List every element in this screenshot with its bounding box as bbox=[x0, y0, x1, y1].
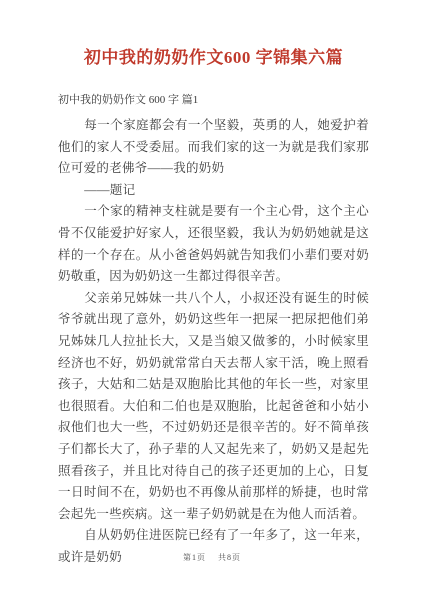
epigraph-line: ——题记 bbox=[58, 180, 369, 202]
page-number-label: 第1页 bbox=[183, 553, 206, 562]
document-body: 每一个家庭都会有一个坚毅，英勇的人，她爱护着他们的家人不受委屈。而我们家的这一为… bbox=[58, 115, 369, 568]
essay-paragraph: 父亲弟兄姊妹一共八个人，小叔还没有诞生的时候爷爷就出现了意外，奶奶这些年一把屎一… bbox=[58, 288, 369, 526]
page-footer: 第1页 共8页 bbox=[0, 552, 424, 563]
essay-paragraph: 每一个家庭都会有一个坚毅，英勇的人，她爱护着他们的家人不受委屈。而我们家的这一为… bbox=[58, 115, 369, 180]
section-heading: 初中我的奶奶作文 600 字 篇1 bbox=[58, 93, 369, 108]
total-pages-label: 共8页 bbox=[218, 553, 241, 562]
document-page: 初中我的奶奶作文600 字锦集六篇 初中我的奶奶作文 600 字 篇1 每一个家… bbox=[0, 0, 424, 600]
document-title: 初中我的奶奶作文600 字锦集六篇 bbox=[58, 46, 369, 69]
essay-paragraph: 一个家的精神支柱就是要有一个主心骨，这个主心骨不仅能爱护好家人，还很坚毅，我认为… bbox=[58, 201, 369, 287]
